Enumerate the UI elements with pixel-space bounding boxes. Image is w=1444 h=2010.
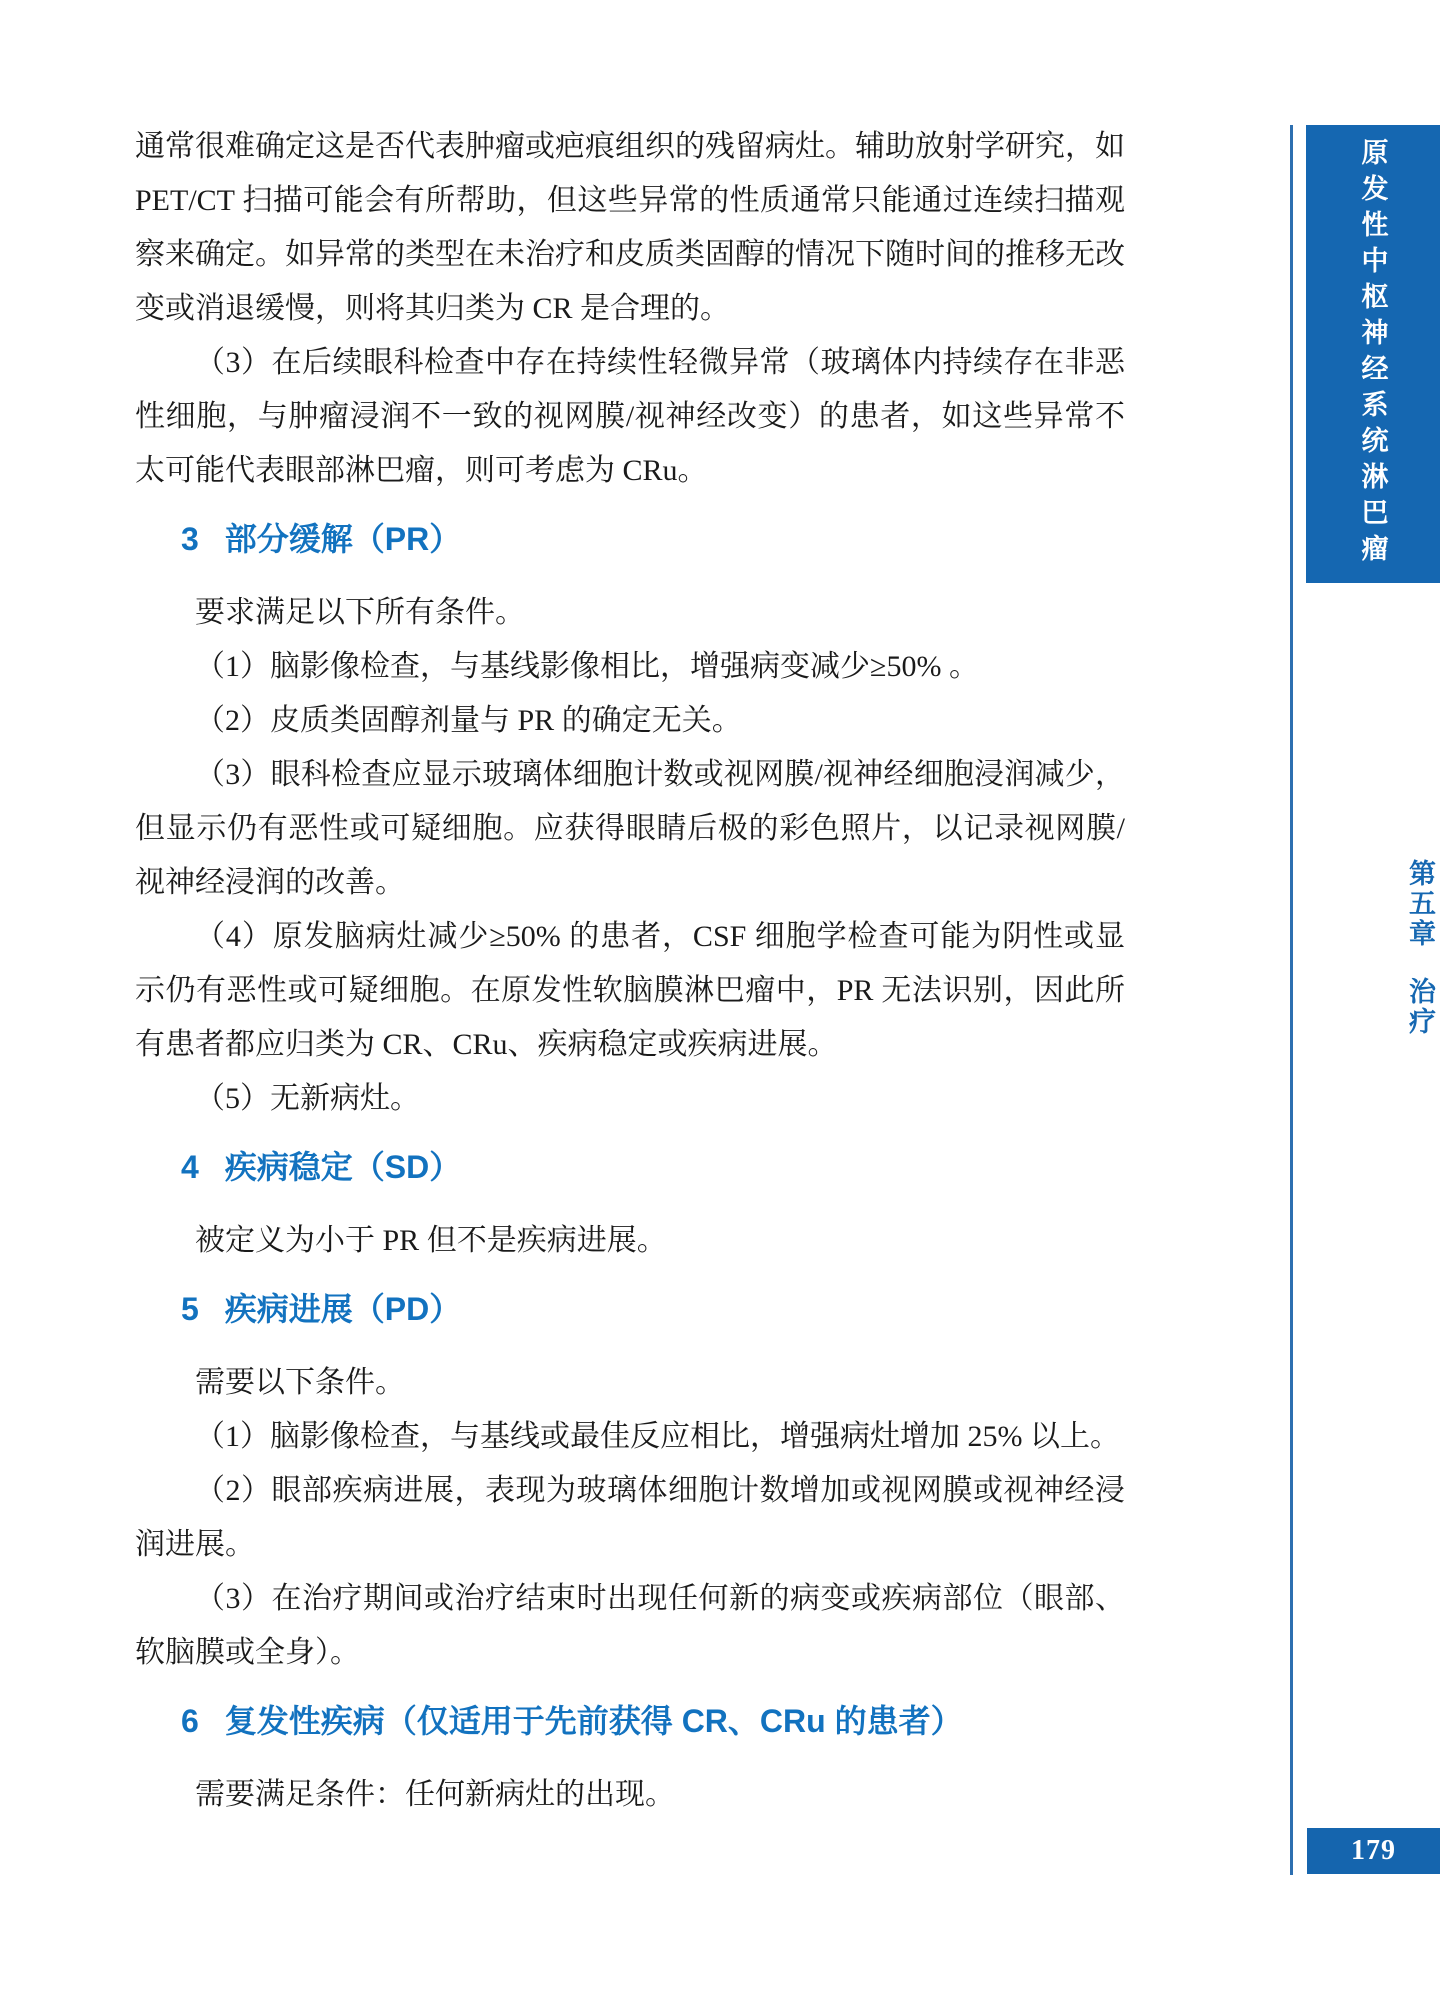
chapter-label: 第五章 — [1306, 859, 1440, 949]
list-item: （4）原发脑病灶减少≥50% 的患者，CSF 细胞学检查可能为阴性或显示仍有恶性… — [135, 910, 1125, 1072]
section-title: 复发性疾病（仅适用于先前获得 CR、CRu 的患者） — [225, 1703, 963, 1739]
page-number: 179 — [1351, 1835, 1396, 1867]
body-paragraph: 要求满足以下所有条件。 — [135, 586, 1125, 640]
list-item: （3）在治疗期间或治疗结束时出现任何新的病变或疾病部位（眼部、软脑膜或全身）。 — [135, 1572, 1125, 1680]
section-heading: 6复发性疾病（仅适用于先前获得 CR、CRu 的患者） — [135, 1702, 1125, 1740]
list-item: （5）无新病灶。 — [135, 1072, 1125, 1126]
section-heading: 3部分缓解（PR） — [135, 520, 1125, 558]
list-item: （1）脑影像检查，与基线影像相比，增强病变减少≥50% 。 — [135, 640, 1125, 694]
body-paragraph: （3）在后续眼科检查中存在持续性轻微异常（玻璃体内持续存在非恶性细胞，与肿瘤浸润… — [135, 336, 1125, 498]
section-number: 5 — [181, 1290, 199, 1328]
section-heading: 5疾病进展（PD） — [135, 1290, 1125, 1328]
body-paragraph: 通常很难确定这是否代表肿瘤或疤痕组织的残留病灶。辅助放射学研究，如 PET/CT… — [135, 120, 1125, 336]
section-number: 6 — [181, 1702, 199, 1740]
page-body: 通常很难确定这是否代表肿瘤或疤痕组织的残留病灶。辅助放射学研究，如 PET/CT… — [135, 0, 1125, 1822]
chapter-marker: 第五章治疗 — [1306, 818, 1440, 1078]
body-paragraph: 需要满足条件：任何新病灶的出现。 — [135, 1768, 1125, 1822]
section-number: 3 — [181, 520, 199, 558]
section-number: 4 — [181, 1148, 199, 1186]
list-item: （2）眼部疾病进展，表现为玻璃体细胞计数增加或视网膜或视神经浸润进展。 — [135, 1464, 1125, 1572]
section-stable-disease: 4疾病稳定（SD） 被定义为小于 PR 但不是疾病进展。 — [135, 1148, 1125, 1268]
sidebar-rule — [1290, 125, 1293, 1875]
page-number-badge: 179 — [1307, 1828, 1440, 1874]
section-heading: 4疾病稳定（SD） — [135, 1148, 1125, 1186]
section-partial-remission: 3部分缓解（PR） 要求满足以下所有条件。 （1）脑影像检查，与基线影像相比，增… — [135, 520, 1125, 1126]
body-paragraph: 需要以下条件。 — [135, 1356, 1125, 1410]
section-title: 疾病进展（PD） — [225, 1291, 461, 1327]
chapter-title: 治疗 — [1306, 977, 1440, 1037]
section-progressive-disease: 5疾病进展（PD） 需要以下条件。 （1）脑影像检查，与基线或最佳反应相比，增强… — [135, 1290, 1125, 1680]
sidebar-banner-text: 原发性中枢神经系统淋巴瘤 — [1354, 138, 1393, 570]
list-item: （1）脑影像检查，与基线或最佳反应相比，增强病灶增加 25% 以上。 — [135, 1410, 1125, 1464]
book-page: 通常很难确定这是否代表肿瘤或疤痕组织的残留病灶。辅助放射学研究，如 PET/CT… — [0, 0, 1444, 2010]
section-relapsed-disease: 6复发性疾病（仅适用于先前获得 CR、CRu 的患者） 需要满足条件：任何新病灶… — [135, 1702, 1125, 1822]
section-title: 疾病稳定（SD） — [225, 1149, 461, 1185]
section-title: 部分缓解（PR） — [225, 521, 461, 557]
sidebar-banner: 原发性中枢神经系统淋巴瘤 — [1306, 125, 1440, 583]
list-item: （2）皮质类固醇剂量与 PR 的确定无关。 — [135, 694, 1125, 748]
list-item: （3）眼科检查应显示玻璃体细胞计数或视网膜/视神经细胞浸润减少，但显示仍有恶性或… — [135, 748, 1125, 910]
body-paragraph: 被定义为小于 PR 但不是疾病进展。 — [135, 1214, 1125, 1268]
